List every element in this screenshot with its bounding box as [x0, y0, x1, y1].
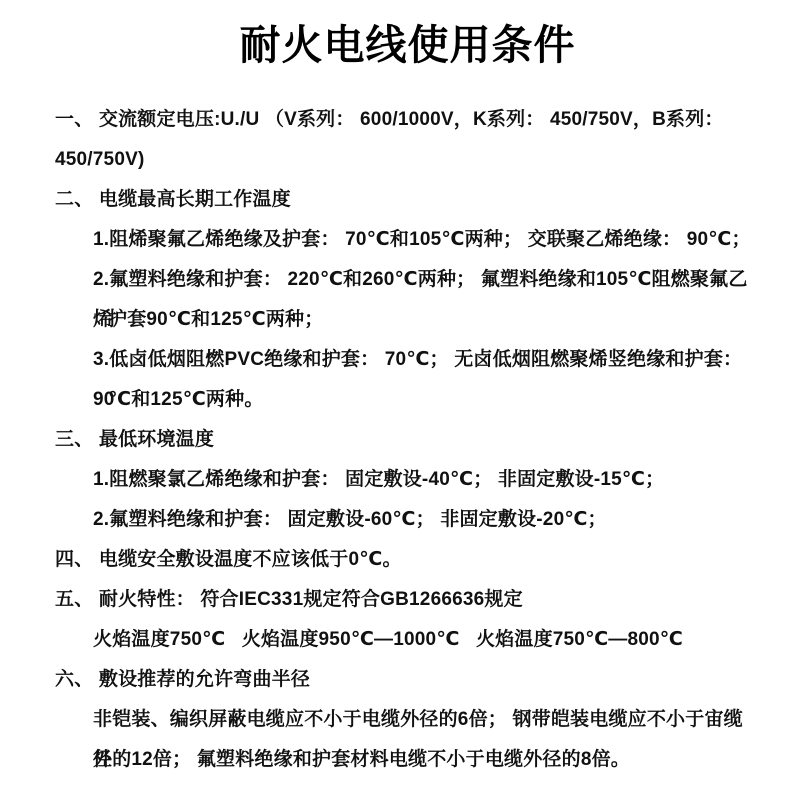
document-body: 一、 交流额定电压:U./U （V系列： 600/1000V，K系列： 450/… — [55, 100, 760, 780]
document-page: 耐火电线使用条件 一、 交流额定电压:U./U （V系列： 600/1000V，… — [0, 0, 790, 788]
document-line: 2.氟塑料绝缘和护套： 固定敷设-60℃； 非固定敷设-20℃； — [55, 500, 760, 540]
document-line: 3.低卤低烟阻燃PVC绝缘和护套： 70℃； 无卤低烟阻燃聚烯竖绝缘和护套： 9… — [55, 340, 760, 380]
document-line: 1.阻燃聚氯乙烯绝缘和护套： 固定敷设-40℃； 非固定敷设-15℃； — [55, 460, 760, 500]
document-line: 1.阻烯聚氟乙烯绝缘及护套： 70℃和105℃两种； 交联聚乙烯绝缘： 90℃； — [55, 220, 760, 260]
document-line: 三、 最低环境温度 — [55, 420, 760, 460]
document-line: 450/750V) — [55, 140, 760, 180]
document-line: 径的12倍； 氟塑料绝缘和护套材料电缆不小于电缆外径的8倍。 — [55, 740, 760, 780]
document-line: 2.氟塑料绝缘和护套： 220℃和260℃两种； 氟塑料绝缘和105℃阻燃聚氟乙… — [55, 260, 760, 300]
document-line: 五、 耐火特性： 符合IEC331规定符合GB1266636规定 — [55, 580, 760, 620]
page-title: 耐火电线使用条件 — [55, 0, 760, 76]
document-line: 护套90℃和125℃两种； — [55, 300, 760, 340]
document-line: ℃和125℃两种。 — [55, 380, 760, 420]
document-line: 一、 交流额定电压:U./U （V系列： 600/1000V，K系列： 450/… — [55, 100, 760, 140]
document-line: 六、 敷设推荐的允许弯曲半径 — [55, 660, 760, 700]
document-line: 二、 电缆最高长期工作温度 — [55, 180, 760, 220]
document-line: 火焰温度750℃ 火焰温度950℃—1000℃ 火焰温度750℃—800℃ — [55, 620, 760, 660]
document-line: 非铠装、编织屏蔽电缆应不小于电缆外径的6倍； 钢带皑装电缆应不小于宙缆外 — [55, 700, 760, 740]
document-line: 四、 电缆安全敷设温度不应该低于0℃。 — [55, 540, 760, 580]
